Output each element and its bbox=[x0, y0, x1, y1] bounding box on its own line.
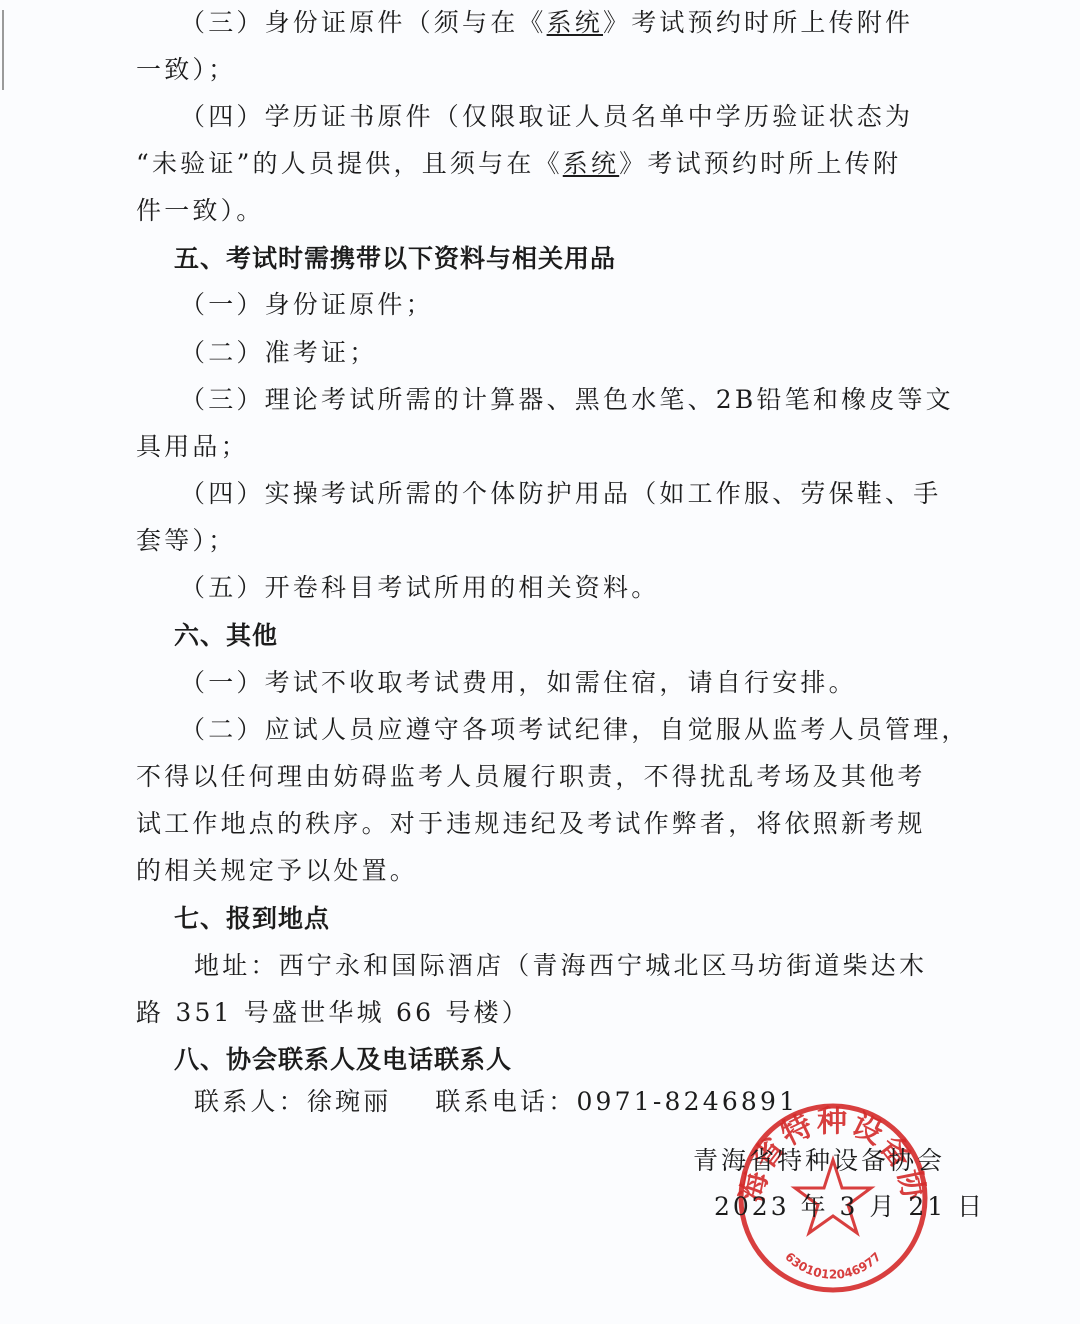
section-5-item-1: （一）身份证原件； bbox=[180, 288, 1000, 322]
section-8-heading: 八、协会联系人及电话联系人 bbox=[174, 1043, 994, 1077]
section-6-item-2: （二）应试人员应遵守各项考试纪律，自觉服从监考人员管理， bbox=[180, 713, 1000, 747]
contact-name: 徐琬丽 bbox=[307, 1087, 392, 1116]
system-link-text: 系统 bbox=[563, 149, 619, 178]
section-6-heading: 六、其他 bbox=[174, 619, 994, 653]
section-5-item-4: （四）实操考试所需的个体防护用品（如工作服、劳保鞋、手 bbox=[180, 477, 1000, 511]
section-7-heading: 七、报到地点 bbox=[174, 902, 994, 936]
address-line-2: 路 351 号盛世华城 66 号楼） bbox=[136, 996, 956, 1030]
paragraph-id-card-cont: 一致）； bbox=[136, 53, 956, 87]
section-5-item-3-cont: 具用品； bbox=[136, 430, 956, 464]
section-6-item-2-end: 的相关规定予以处置。 bbox=[136, 854, 956, 888]
paragraph-diploma-cont: “未验证”的人员提供，且须与在《系统》考试预约时所上传附 bbox=[136, 147, 956, 181]
paragraph-id-card: （三）身份证原件（须与在《系统》考试预约时所上传附件 bbox=[180, 6, 1000, 40]
phone-label: 联系电话： bbox=[435, 1087, 576, 1116]
signature-organization: 青海省特种设备协会 bbox=[693, 1144, 945, 1178]
section-5-heading: 五、考试时需携带以下资料与相关用品 bbox=[174, 242, 994, 276]
signature-date: 2023 年 3 月 21 日 bbox=[714, 1190, 985, 1224]
paragraph-diploma: （四）学历证书原件（仅限取证人员名单中学历验证状态为 bbox=[180, 100, 1000, 134]
section-5-item-5: （五）开卷科目考试所用的相关资料。 bbox=[180, 571, 1000, 605]
scan-edge-mark bbox=[2, 10, 4, 90]
section-6-item-2-cont: 不得以任何理由妨碍监考人员履行职责，不得扰乱考场及其他考 bbox=[136, 760, 956, 794]
section-5-item-3: （三）理论考试所需的计算器、黑色水笔、2B铅笔和橡皮等文 bbox=[180, 383, 1000, 417]
paragraph-diploma-end: 件一致）。 bbox=[136, 194, 956, 228]
section-5-item-2: （二）准考证； bbox=[180, 336, 1000, 370]
section-6-item-2-cont: 试工作地点的秩序。对于违规违纪及考试作弊者，将依照新考规 bbox=[136, 807, 956, 841]
section-5-item-4-cont: 套等）； bbox=[136, 524, 956, 558]
svg-text:6301012046977: 6301012046977 bbox=[782, 1250, 883, 1282]
contact-label: 联系人： bbox=[194, 1087, 307, 1116]
address-line-1: 地址：西宁永和国际酒店（青海西宁城北区马坊街道柴达木 bbox=[194, 949, 1014, 983]
section-6-item-1: （一）考试不收取考试费用，如需住宿，请自行安排。 bbox=[180, 666, 1000, 700]
system-link-text: 系统 bbox=[547, 8, 603, 37]
